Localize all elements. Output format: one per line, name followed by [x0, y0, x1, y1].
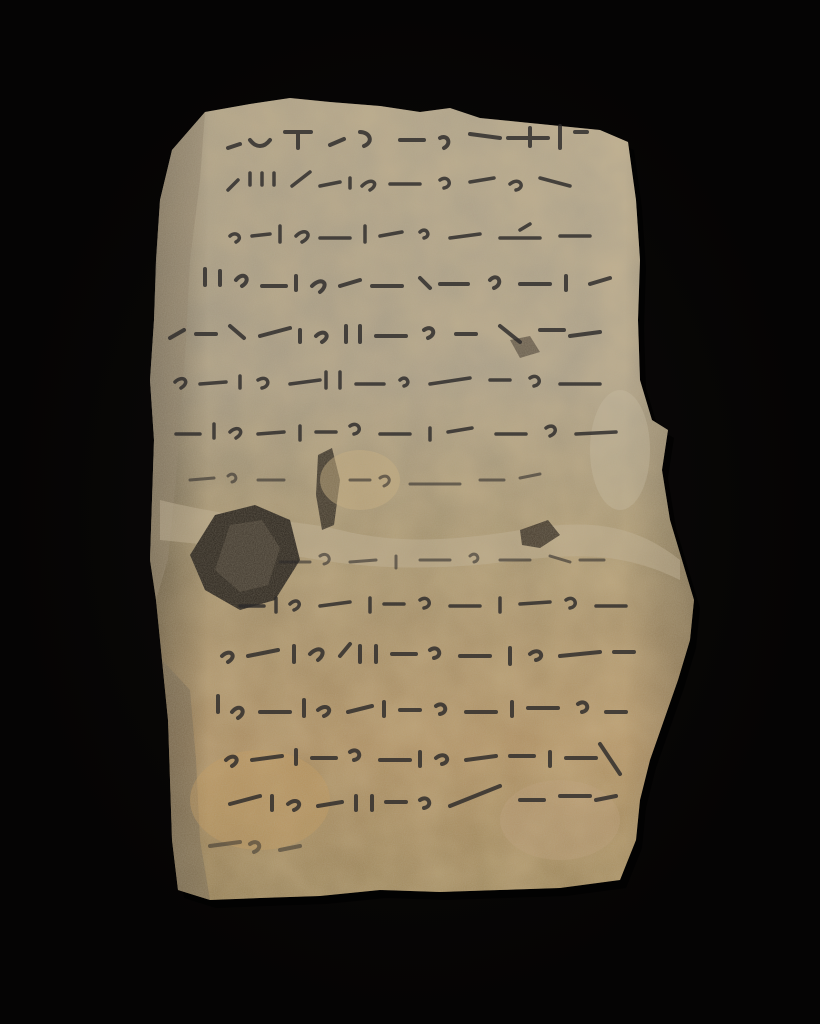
ostracon-photo [0, 0, 820, 1024]
photo-background: Limestone ostracon with lines of ink hie… [0, 0, 820, 1024]
ostracon-stone [140, 90, 710, 910]
